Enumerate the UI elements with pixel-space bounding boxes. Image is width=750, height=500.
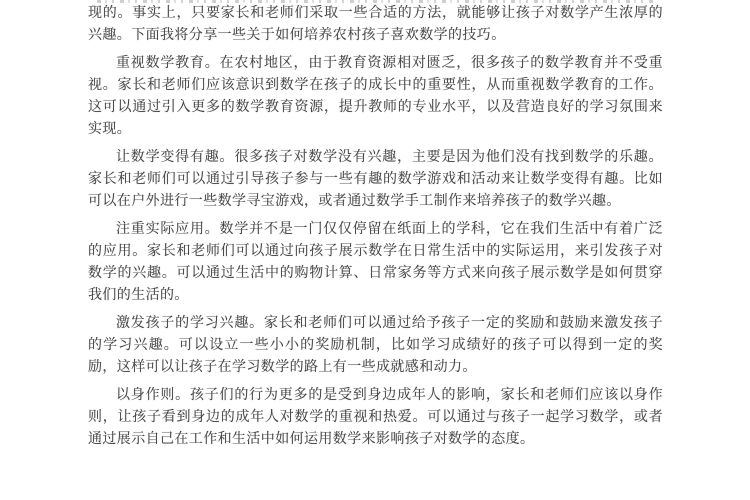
paragraph-value-math-education: 重视数学教育。在农村地区，由于教育资源相对匮乏，很多孩子的数学教育并不受重视。家… [88, 53, 663, 141]
document-page: 现的。事实上，只要家长和老师们采取一些合适的方法，就能够让孩子对数学产生浓厚的兴… [0, 0, 750, 500]
paragraph-make-math-fun: 让数学变得有趣。很多孩子对数学没有兴趣，主要是因为他们没有找到数学的乐趣。家长和… [88, 147, 663, 213]
paragraph-stimulate-interest: 激发孩子的学习兴趣。家长和老师们可以通过给予孩子一定的奖励和鼓励来激发孩子的学习… [88, 313, 663, 379]
paragraph-practical-application: 注重实际应用。数学并不是一门仅仅停留在纸面上的学科，它在我们生活中有着广泛的应用… [88, 219, 663, 307]
paragraph-continuation: 现的。事实上，只要家长和老师们采取一些合适的方法，就能够让孩子对数学产生浓厚的兴… [88, 3, 663, 47]
document-content: 现的。事实上，只要家长和老师们采取一些合适的方法，就能够让孩子对数学产生浓厚的兴… [88, 0, 663, 451]
paragraph-lead-by-example: 以身作则。孩子们的行为更多的是受到身边成年人的影响，家长和老师们应该以身作则，让… [88, 385, 663, 451]
